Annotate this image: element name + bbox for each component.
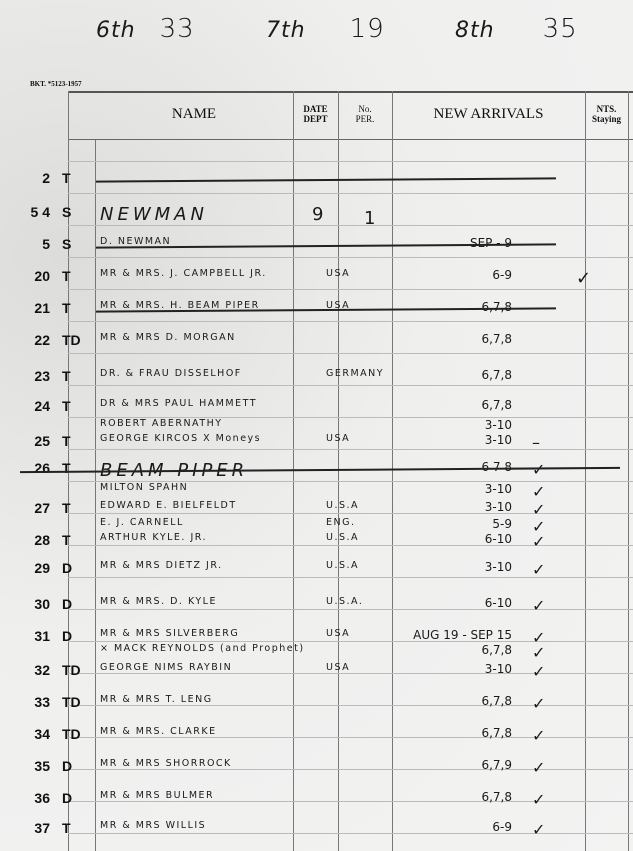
row-number: 37 [20, 820, 50, 836]
row-number: 36 [20, 790, 50, 806]
row-number: 33 [20, 694, 50, 710]
guest-name: × MACK REYNOLDS (and Prophet) [100, 643, 305, 654]
table-row: 34TDMR & MRS. CLARKE6,7,8✓ [0, 726, 633, 746]
guest-name: E. J. CARNELL [100, 517, 184, 528]
table-row: MILTON SPAHN3-10✓ [0, 482, 633, 502]
table-row: 22TDMR & MRS D. MORGAN6,7,8 [0, 332, 633, 352]
arrival-dates: 3-10 [392, 482, 582, 496]
row-code: TD [62, 726, 81, 742]
row-code: D [62, 596, 72, 612]
country: U.S.A [326, 560, 359, 571]
header-nts-staying: NTS. Staying [585, 104, 628, 124]
guest-name: DR. & FRAU DISSELHOF [100, 368, 242, 379]
no-per: 1 [364, 208, 375, 229]
ruled-line [68, 289, 633, 290]
row-number: 25 [20, 433, 50, 449]
row-number: 32 [20, 662, 50, 678]
table-row: 28TARTHUR KYLE. JR.U.S.A6-10✓ [0, 532, 633, 552]
arrival-dates: AUG 19 - SEP 15 [392, 628, 582, 642]
arrival-dates: 3-10 [392, 560, 582, 574]
checkmark-icon: ✓ [532, 758, 545, 777]
row-number: 2 [20, 170, 50, 186]
row-code: D [62, 790, 72, 806]
checkmark-icon: ✓ [532, 560, 545, 579]
nts-checkmark-icon: ✓ [576, 268, 591, 289]
row-number: 27 [20, 500, 50, 516]
ruled-line [68, 321, 633, 322]
row-number: 5 [20, 236, 50, 252]
date-dept: 9 [312, 204, 323, 225]
row-number: 5 4 [20, 204, 50, 220]
row-code: T [62, 820, 71, 836]
row-code: T [62, 433, 71, 449]
row-code: T [62, 460, 71, 476]
tally-count: 33 [160, 14, 195, 44]
row-code: T [62, 398, 71, 414]
arrival-dates: 6,7,8 [392, 368, 582, 382]
table-row: 5SD. NEWMANSEP - 9 [0, 236, 633, 256]
header-bottom-rule [68, 139, 633, 140]
table-row: 25TGEORGE KIRCOS X MoneysUSA3-10– [0, 433, 633, 453]
table-row: 26TBEAM PIPER6 7 8✓ [0, 460, 633, 480]
guest-name: MR & MRS DIETZ JR. [100, 560, 223, 571]
arrival-dates: 6-9 [392, 820, 582, 834]
header-date-dept-line1: DATE [293, 104, 338, 114]
row-code: S [62, 236, 71, 252]
arrival-dates: 6,7,8 [392, 332, 582, 346]
row-number: 31 [20, 628, 50, 644]
guest-name: MR & MRS. D. KYLE [100, 596, 217, 607]
header-nts-line2: Staying [585, 114, 628, 124]
tally-count: 35 [543, 14, 578, 44]
country: USA [326, 433, 350, 444]
arrival-dates: 6,7,9 [392, 758, 582, 772]
ruled-line [68, 353, 633, 354]
row-number: 21 [20, 300, 50, 316]
checkmark-icon: – [532, 433, 540, 452]
checkmark-icon: ✓ [532, 726, 545, 745]
row-number: 24 [20, 398, 50, 414]
country: USA [326, 268, 350, 279]
row-number: 22 [20, 332, 50, 348]
arrival-dates: 6,7,8 [392, 694, 582, 708]
checkmark-icon: ✓ [532, 790, 545, 809]
checkmark-icon: ✓ [532, 662, 545, 681]
guest-name: MR & MRS SILVERBERG [100, 628, 239, 639]
arrival-dates: 6-10 [392, 596, 582, 610]
table-row: 29DMR & MRS DIETZ JR.U.S.A3-10✓ [0, 560, 633, 580]
country: U.S.A. [326, 596, 363, 607]
register-page: 6th 33 7th 19 8th 35 BKT. *5123-1957 NAM… [0, 0, 633, 851]
checkmark-icon: ✓ [532, 820, 545, 839]
guest-name: EDWARD E. BIELFELDT [100, 500, 237, 511]
arrival-dates: 6,7,8 [392, 790, 582, 804]
table-row: 32TDGEORGE NIMS RAYBINUSA3-10✓ [0, 662, 633, 682]
header-no-per: No. PER. [338, 104, 392, 124]
header-no-per-line1: No. [338, 104, 392, 114]
tally-7th: 7th 19 [266, 14, 385, 44]
row-code: T [62, 500, 71, 516]
row-number: 29 [20, 560, 50, 576]
guest-name: MR & MRS D. MORGAN [100, 332, 236, 343]
table-row: 35DMR & MRS SHORROCK6,7,9✓ [0, 758, 633, 778]
arrival-dates: 6,7,8 [392, 643, 582, 657]
tally-count: 19 [350, 14, 385, 44]
arrival-dates: 6,7,8 [392, 398, 582, 412]
ruled-line [68, 161, 633, 162]
arrival-dates: 6-10 [392, 532, 582, 546]
arrival-dates: 3-10 [392, 433, 582, 447]
table-row: 24TDR & MRS PAUL HAMMETT6,7,8 [0, 398, 633, 418]
table-row: 36DMR & MRS BULMER6,7,8✓ [0, 790, 633, 810]
table-row: 33TDMR & MRS T. LENG6,7,8✓ [0, 694, 633, 714]
row-number: 23 [20, 368, 50, 384]
guest-name: NEWMAN [100, 204, 208, 225]
checkmark-icon: ✓ [532, 694, 545, 713]
guest-name: ROBERT ABERNATHY [100, 418, 223, 429]
guest-name: MR & MRS. CLARKE [100, 726, 217, 737]
row-code: D [62, 560, 72, 576]
header-date-dept-line2: DEPT [293, 114, 338, 124]
strikethrough-line [96, 177, 556, 182]
row-code: D [62, 758, 72, 774]
tally-day: 7th [266, 18, 306, 43]
form-code: BKT. *5123-1957 [30, 80, 82, 88]
header-new-arrivals: NEW ARRIVALS [392, 106, 585, 123]
checkmark-icon: ✓ [532, 482, 545, 501]
guest-name: GEORGE NIMS RAYBIN [100, 662, 232, 673]
guest-name: GEORGE KIRCOS X Moneys [100, 433, 261, 444]
row-code: T [62, 532, 71, 548]
guest-name: MILTON SPAHN [100, 482, 188, 493]
header-date-dept: DATE DEPT [293, 104, 338, 124]
table-row: 21TMR & MRS. H. BEAM PIPERUSA6,7,8 [0, 300, 633, 320]
guest-name: MR & MRS. J. CAMPBELL JR. [100, 268, 267, 279]
table-row: 20TMR & MRS. J. CAMPBELL JR.USA6-9✓ [0, 268, 633, 288]
row-code: S [62, 204, 71, 220]
header-top-rule [68, 91, 633, 93]
country: USA [326, 662, 350, 673]
tally-8th: 8th 35 [455, 14, 578, 44]
checkmark-icon: ✓ [532, 643, 545, 662]
ruled-line [68, 257, 633, 258]
country: U.S.A [326, 500, 359, 511]
guest-name: DR & MRS PAUL HAMMETT [100, 398, 257, 409]
country: ENG. [326, 517, 356, 528]
tally-6th: 6th 33 [96, 14, 195, 44]
table-row: × MACK REYNOLDS (and Prophet)6,7,8✓ [0, 643, 633, 663]
country: GERMANY [326, 368, 384, 379]
row-number: 26 [20, 460, 50, 476]
row-code: TD [62, 662, 81, 678]
row-number: 34 [20, 726, 50, 742]
row-code: TD [62, 694, 81, 710]
arrival-dates: 3-10 [392, 662, 582, 676]
header-name: NAME [95, 106, 293, 123]
row-code: TD [62, 332, 81, 348]
row-number: 35 [20, 758, 50, 774]
header-no-per-line2: PER. [338, 114, 392, 124]
guest-name: MR & MRS SHORROCK [100, 758, 232, 769]
row-number: 20 [20, 268, 50, 284]
guest-name: MR & MRS T. LENG [100, 694, 213, 705]
arrival-dates: 5-9 [392, 517, 582, 531]
table-row: 5 4SNEWMAN91 [0, 204, 633, 224]
row-code: T [62, 170, 71, 186]
arrival-dates: 6-9 [392, 268, 582, 282]
checkmark-icon: ✓ [532, 532, 545, 551]
country: U.S.A [326, 532, 359, 543]
row-number: 30 [20, 596, 50, 612]
header-nts-line1: NTS. [585, 104, 628, 114]
row-number: 28 [20, 532, 50, 548]
guest-name: MR & MRS WILLIS [100, 820, 206, 831]
ruled-line [68, 225, 633, 226]
checkmark-icon: ✓ [532, 596, 545, 615]
tally-day: 8th [455, 18, 495, 43]
country: USA [326, 628, 350, 639]
table-row: 30DMR & MRS. D. KYLEU.S.A.6-10✓ [0, 596, 633, 616]
table-row: 37TMR & MRS WILLIS6-9✓ [0, 820, 633, 840]
table-row: 2T [0, 170, 633, 190]
table-row: 23TDR. & FRAU DISSELHOFGERMANY6,7,8 [0, 368, 633, 388]
guest-name: MR & MRS BULMER [100, 790, 214, 801]
row-code: T [62, 368, 71, 384]
row-code: T [62, 300, 71, 316]
ruled-line [68, 193, 633, 194]
arrival-dates: 6,7,8 [392, 726, 582, 740]
tally-day: 6th [96, 18, 136, 43]
arrival-dates: 3-10 [392, 500, 582, 514]
row-code: T [62, 268, 71, 284]
row-code: D [62, 628, 72, 644]
arrival-dates: 3-10 [392, 418, 582, 432]
guest-name: ARTHUR KYLE. JR. [100, 532, 207, 543]
